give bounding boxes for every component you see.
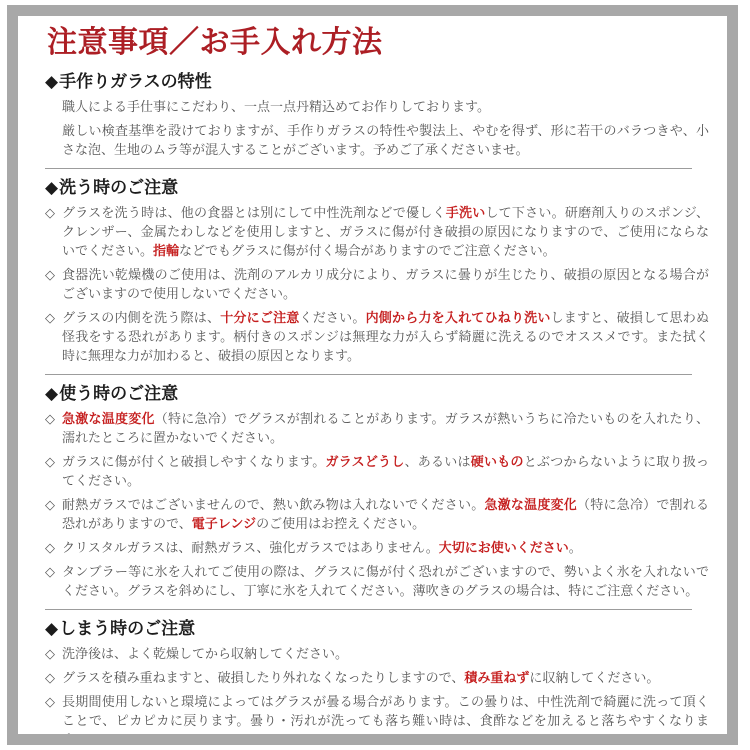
highlight-text: 大切にお使いください (439, 541, 569, 556)
section-divider (45, 609, 692, 610)
highlight-text: 手洗い (446, 206, 486, 221)
body-text: クリスタルガラスは、耐熱ガラス、強化ガラスではありません。 (62, 541, 439, 556)
body-text: 長期間使用しないと環境によってはグラスが曇る場合があります。この曇りは、中性洗剤… (62, 695, 709, 745)
highlight-text: 内側から力を入れてひねり洗い (366, 311, 551, 326)
section-heading: ◆洗う時のご注意 (45, 178, 709, 198)
page-title: 注意事項／お手入れ方法 (47, 26, 709, 60)
bullet-item: ◇ガラスに傷が付くと破損しやすくなります。ガラスどうし、あるいは硬いものとぶつか… (45, 453, 709, 491)
highlight-text: 急激な温度変化 (484, 498, 577, 513)
body-text: グラスの内側を洗う際は、 (62, 311, 220, 326)
open-diamond-bullet-icon: ◇ (45, 266, 55, 285)
section-using: ◆使う時のご注意◇急激な温度変化（特に急冷）でグラスが割れることがあります。ガラ… (45, 384, 709, 601)
body-text: 、あるいは (405, 455, 471, 470)
body-text: 。 (569, 541, 582, 556)
body-text: 洗浄後は、よく乾燥してから収納してください。 (62, 647, 348, 662)
section-storing: ◆しまう時のご注意◇洗浄後は、よく乾燥してから収納してください。◇グラスを積み重… (45, 619, 709, 745)
section-heading: ◆手作りガラスの特性 (45, 72, 709, 92)
body-text: などでもグラスに傷が付く場合がありますのでご注意ください。 (179, 244, 556, 259)
filled-diamond-icon: ◆ (45, 384, 58, 404)
bullet-item: ◇グラスを洗う時は、他の食器とは別にして中性洗剤などで優しく手洗いして下さい。研… (45, 204, 709, 261)
section-heading-label: しまう時のご注意 (59, 619, 195, 639)
section-heading: ◆しまう時のご注意 (45, 619, 709, 639)
filled-diamond-icon: ◆ (45, 72, 58, 92)
highlight-text: 急激な温度変化 (62, 412, 155, 427)
open-diamond-bullet-icon: ◇ (45, 309, 55, 328)
section-heading-label: 洗う時のご注意 (59, 178, 178, 198)
open-diamond-bullet-icon: ◇ (45, 410, 55, 429)
open-diamond-bullet-icon: ◇ (45, 539, 55, 558)
body-text: 耐熱ガラスではございませんので、熱い飲み物は入れないでください。 (62, 498, 484, 513)
section-washing: ◆洗う時のご注意◇グラスを洗う時は、他の食器とは別にして中性洗剤などで優しく手洗… (45, 178, 709, 366)
highlight-text: 電子レンジ (192, 517, 256, 532)
open-diamond-bullet-icon: ◇ (45, 204, 55, 223)
page-frame: 注意事項／お手入れ方法 ◆手作りガラスの特性職人による手仕事にこだわり、一点一点… (7, 5, 738, 745)
section-heading: ◆使う時のご注意 (45, 384, 709, 404)
paragraph-line: 厳しい検査基準を設けておりますが、手作りガラスの特性や製法上、やむを得ず、形に若… (45, 122, 709, 160)
body-text: タンブラー等に氷を入れてご使用の際は、グラスに傷が付く恐れがございますので、勢い… (62, 565, 709, 599)
body-text: に収納してください。 (529, 671, 659, 686)
section-heading-label: 手作りガラスの特性 (59, 72, 212, 92)
body-text: ガラスに傷が付くと破損しやすくなります。 (62, 455, 325, 470)
content-area: 注意事項／お手入れ方法 ◆手作りガラスの特性職人による手仕事にこだわり、一点一点… (18, 16, 727, 745)
bullet-item: ◇タンブラー等に氷を入れてご使用の際は、グラスに傷が付く恐れがございますので、勢… (45, 563, 709, 601)
section-heading-label: 使う時のご注意 (59, 384, 178, 404)
filled-diamond-icon: ◆ (45, 619, 58, 639)
section-divider (45, 168, 692, 169)
bullet-item: ◇耐熱ガラスではございませんので、熱い飲み物は入れないでください。急激な温度変化… (45, 496, 709, 534)
bullet-item: ◇クリスタルガラスは、耐熱ガラス、強化ガラスではありません。大切にお使いください… (45, 539, 709, 558)
open-diamond-bullet-icon: ◇ (45, 453, 55, 472)
bullet-item: ◇急激な温度変化（特に急冷）でグラスが割れることがあります。ガラスが熱いうちに冷… (45, 410, 709, 448)
body-text: ください。 (300, 311, 366, 326)
body-text: 職人による手仕事にこだわり、一点一点丹精込めてお作りしております。 (62, 100, 490, 115)
open-diamond-bullet-icon: ◇ (45, 645, 55, 664)
bullet-item: ◇洗浄後は、よく乾燥してから収納してください。 (45, 645, 709, 664)
body-text: グラスを洗う時は、他の食器とは別にして中性洗剤などで優しく (62, 206, 446, 221)
sections: ◆手作りガラスの特性職人による手仕事にこだわり、一点一点丹精込めてお作りしており… (45, 72, 709, 745)
bullet-item: ◇食器洗い乾燥機のご使用は、洗剤のアルカリ成分により、ガラスに曇りが生じたり、破… (45, 266, 709, 304)
paragraph-line: 職人による手仕事にこだわり、一点一点丹精込めてお作りしております。 (45, 98, 709, 117)
section-handmade: ◆手作りガラスの特性職人による手仕事にこだわり、一点一点丹精込めてお作りしており… (45, 72, 709, 160)
body-text: 厳しい検査基準を設けておりますが、手作りガラスの特性や製法上、やむを得ず、形に若… (62, 124, 709, 158)
filled-diamond-icon: ◆ (45, 178, 58, 198)
body-text: グラスを積み重ねますと、破損したり外れなくなったりしますので、 (62, 671, 464, 686)
bullet-item: ◇長期間使用しないと環境によってはグラスが曇る場合があります。この曇りは、中性洗… (45, 693, 709, 745)
body-text: （特に急冷）でグラスが割れることがあります。ガラスが熱いうちに冷たいものを入れた… (62, 412, 709, 446)
bullet-item: ◇グラスの内側を洗う際は、十分にご注意ください。内側から力を入れてひねり洗いしま… (45, 309, 709, 366)
highlight-text: 積み重ねず (464, 671, 529, 686)
open-diamond-bullet-icon: ◇ (45, 496, 55, 515)
highlight-text: 硬いもの (471, 455, 524, 470)
open-diamond-bullet-icon: ◇ (45, 563, 55, 582)
highlight-text: ガラスどうし (325, 455, 404, 470)
bullet-item: ◇グラスを積み重ねますと、破損したり外れなくなったりしますので、積み重ねずに収納… (45, 669, 709, 688)
section-divider (45, 374, 692, 375)
highlight-text: 十分にご注意 (220, 311, 299, 326)
open-diamond-bullet-icon: ◇ (45, 669, 55, 688)
body-text: のご使用はお控えください。 (256, 517, 425, 532)
body-text: 食器洗い乾燥機のご使用は、洗剤のアルカリ成分により、ガラスに曇りが生じたり、破損… (62, 268, 709, 302)
open-diamond-bullet-icon: ◇ (45, 693, 55, 712)
highlight-text: 指輪 (153, 244, 179, 259)
